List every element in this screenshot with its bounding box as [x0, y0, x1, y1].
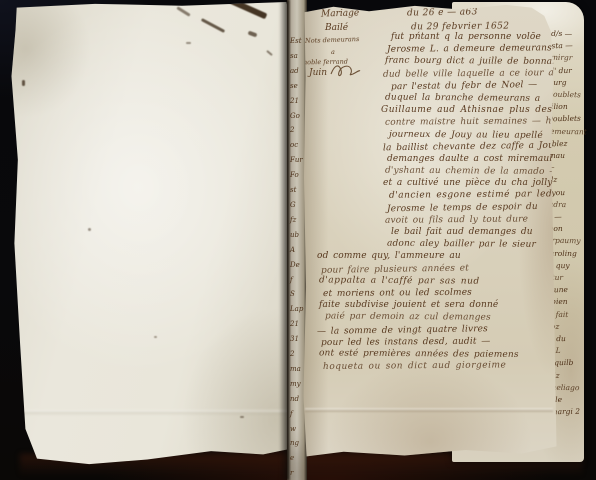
margin-entry-label: Mariage [321, 9, 359, 20]
text-fragment: S [290, 287, 306, 302]
handwritten-line: le bail fait aud demanges du [391, 226, 553, 238]
text-fragment: 21 [290, 94, 306, 109]
right-page: Mariage du 26 e — a63 Bailé du 29 febvri… [303, 4, 557, 460]
text-fragment: A [290, 243, 306, 258]
ink-smudge [248, 31, 258, 38]
text-fragment: oc [290, 138, 306, 153]
ink-speck [88, 228, 91, 231]
text-fragment: Doublets [547, 113, 584, 126]
text-fragment: G [290, 198, 306, 213]
text-fragment: 2 [290, 123, 306, 138]
ink-smudge [266, 50, 273, 56]
text-fragment: my [290, 377, 306, 392]
text-fragment: 21 [290, 317, 306, 332]
text-fragment: Est [290, 34, 306, 49]
handwritten-line: la baillist chevante dez caffe a Jouy [383, 139, 553, 154]
handwritten-line: adonc aley bailler par le sieur [387, 238, 553, 251]
handwriting-block: fut pńtant q la personne volōeJerosme L.… [313, 31, 553, 372]
text-fragment: sa [290, 49, 306, 64]
text-fragment: ma [290, 362, 306, 377]
text-fragment: fz [290, 213, 306, 228]
ink-speck [240, 416, 244, 418]
text-fragment: w [290, 422, 306, 437]
handwritten-line: duquel la branche demeurans a [385, 92, 553, 106]
text-fragment: — [547, 162, 584, 175]
handwritten-line: faite subdivise jouient et sera donné [319, 299, 553, 311]
text-fragment: st [290, 183, 306, 198]
text-fragment: r [290, 466, 306, 480]
handwritten-line: hoqueta ou son dict aud giorgeime [323, 359, 553, 373]
handwritten-line: et moriens ont ou led scolmes [323, 286, 553, 300]
ink-smudge [186, 42, 191, 44]
handwritten-line: contre maistre huit semaines — huit [385, 116, 553, 130]
handwritten-line: demanges daulte a cost miremault [387, 153, 553, 165]
text-fragment: f [290, 407, 306, 422]
text-fragment: Fo [290, 168, 306, 183]
text-fragment: Go [290, 109, 306, 124]
ink-smudge [201, 18, 225, 33]
text-fragment: se [290, 79, 306, 94]
text-fragment: 2 [290, 347, 306, 362]
text-fragment: ad [290, 64, 306, 79]
text-fragment: ayou [547, 186, 584, 199]
text-fragment: Fur [290, 153, 306, 168]
text-fragment: ub [290, 228, 306, 243]
text-fragment: De [290, 258, 306, 273]
text-fragment: 31 [290, 332, 306, 347]
entry-date: du 26 e — a63 [407, 7, 478, 18]
text-fragment: ng [290, 436, 306, 451]
handwritten-line: d'yshant au chemin de la amado — [385, 165, 553, 179]
horizontal-crease [305, 408, 553, 412]
ink-speck [22, 80, 25, 86]
left-page [8, 2, 298, 466]
spine-strip: Estsaadse21Go2ocFurFostGfzubADefSLap2131… [287, 0, 307, 480]
text-fragment: e [290, 451, 306, 466]
ink-smudge [176, 6, 190, 16]
text-fragment: ublez [547, 138, 584, 151]
text-fragment: asta — [547, 40, 584, 53]
text-fragment: f [290, 273, 306, 288]
fold-crease [20, 410, 290, 414]
gutter-shadow [279, 0, 289, 480]
handwritten-line: avoit ou fils aud ly tout dure [385, 213, 553, 227]
text-fragment: Lap [290, 302, 306, 317]
handwritten-line: fut pńtant q la personne volōe [391, 31, 553, 43]
manuscript-scan: Estsaadse21Go2ocFurFostGfzubADefSLap2131… [0, 0, 596, 480]
spine-text-fragments: Estsaadse21Go2ocFurFostGfzubADefSLap2131… [290, 34, 306, 480]
ink-speck [154, 336, 157, 338]
